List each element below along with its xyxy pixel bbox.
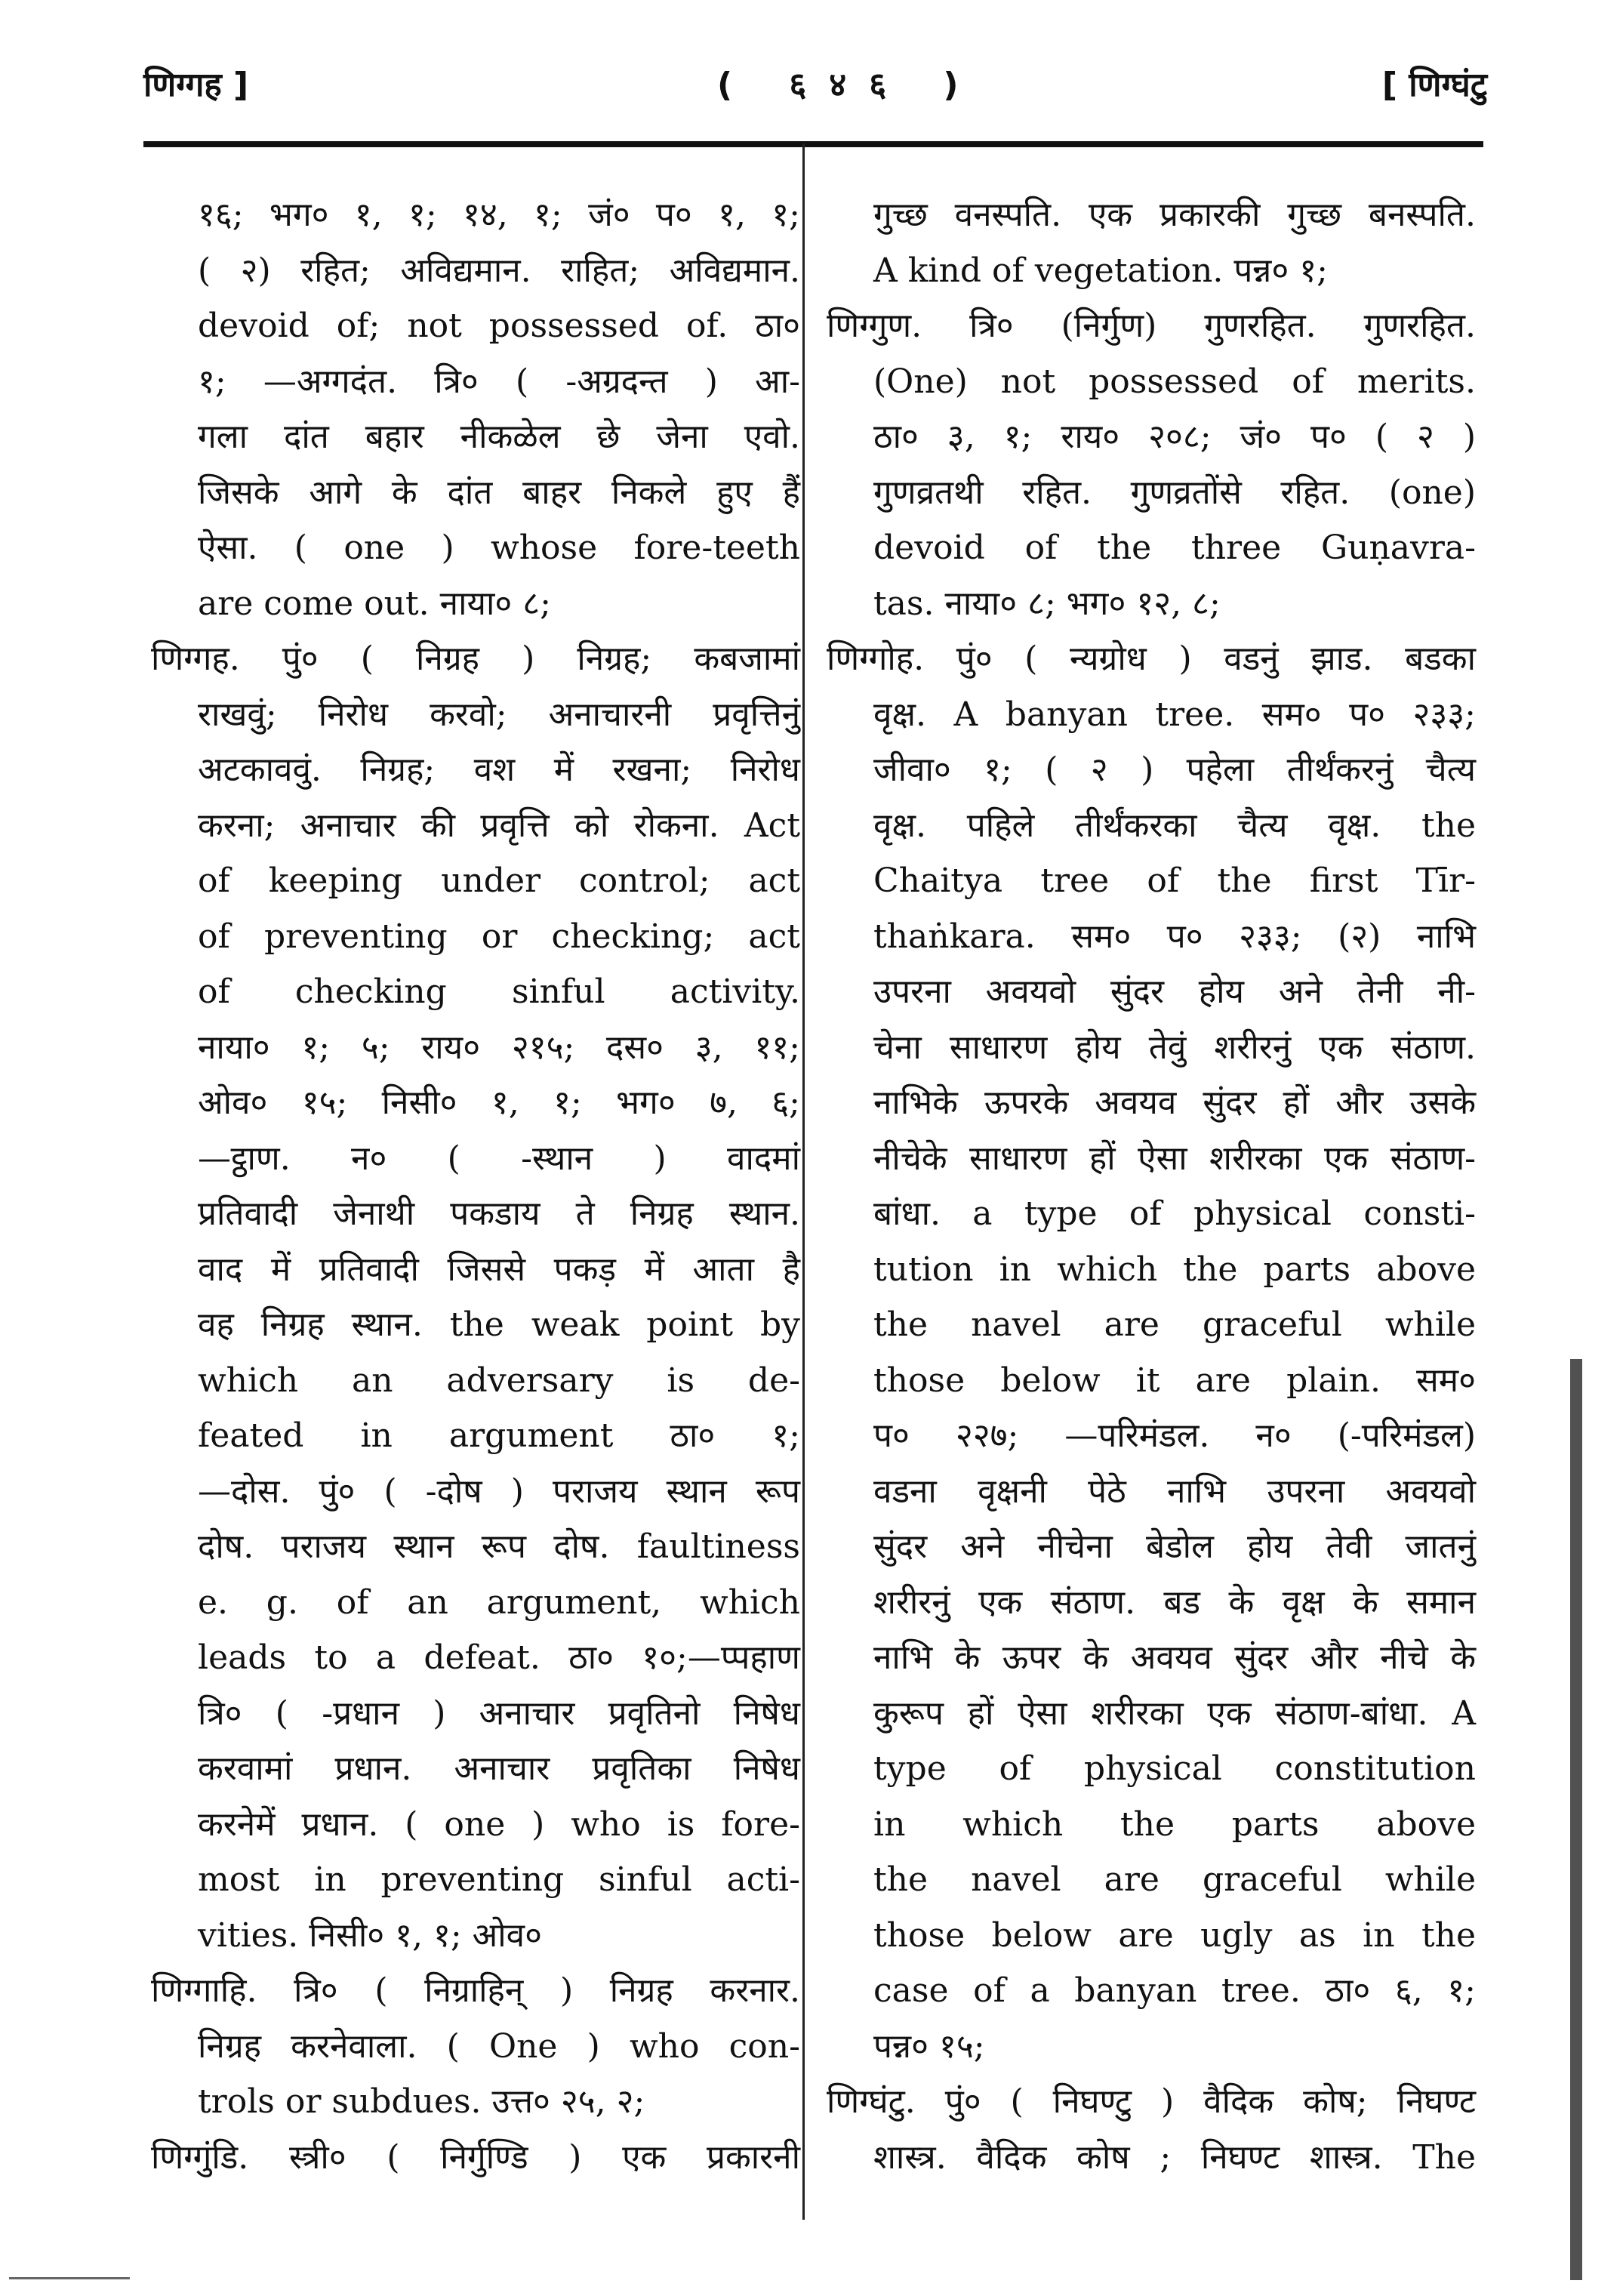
text-line: thaṅkara. सम० प० २३३; (२) नाभि bbox=[827, 909, 1476, 965]
text-line: are come out. नाया० ८; bbox=[151, 576, 800, 632]
text-line: e. g. of an argument, which bbox=[151, 1575, 800, 1631]
text-line: बांधा. a type of physical consti- bbox=[827, 1186, 1476, 1242]
text-line: tas. नाया० ८; भग० १२, ८; bbox=[827, 576, 1476, 632]
text-line: सुंदर अने नीचेना बेडोल होय तेवी जातनुं bbox=[827, 1519, 1476, 1575]
entry-headword-line: णिग्गह. पुं० ( निग्रह ) निग्रह; कबजामां bbox=[151, 631, 800, 687]
header-rule bbox=[143, 141, 1483, 147]
text-line: अटकाववुं. निग्रह; वश में रखना; निरोध bbox=[151, 742, 800, 798]
left-guide-word: णिग्गह ] bbox=[143, 60, 248, 106]
text-line: —ट्ठाण. न० ( -स्थान ) वादमां bbox=[151, 1131, 800, 1187]
text-line: वृक्ष. A banyan tree. सम० प० २३३; bbox=[827, 687, 1476, 743]
text-line: नाभिके ऊपरके अवयव सुंदर हों और उसके bbox=[827, 1075, 1476, 1131]
text-line: प्रतिवादी जेनाथी पकडाय ते निग्रह स्थान. bbox=[151, 1186, 800, 1242]
entry-headword-line: णिग्घंटु. पुं० ( निघण्टु ) वैदिक कोष; नि… bbox=[827, 2074, 1476, 2130]
text-line: चेना साधारण होय तेवुं शरीरनुं एक संठाण. bbox=[827, 1020, 1476, 1076]
text-line: करना; अनाचार की प्रवृत्ति को रोकना. Act bbox=[151, 798, 800, 854]
scan-artifact-line bbox=[9, 2277, 130, 2279]
text-line: करनेमें प्रधान. ( one ) who is fore- bbox=[151, 1797, 800, 1853]
text-line: Chaitya tree of the first Tīr- bbox=[827, 853, 1476, 909]
text-line: A kind of vegetation. पन्न० १; bbox=[827, 243, 1476, 299]
text-line: which an adversary is de- bbox=[151, 1353, 800, 1409]
running-header: णिग्गह ] ( ६४६ ) [ णिग्घंटु bbox=[143, 53, 1502, 113]
entry-headword-line: णिग्गुण. त्रि० (निर्गुण) गुणरहित. गुणरहि… bbox=[827, 298, 1476, 354]
text-line: ठा० ३, १; राय० २०८; जं० प० ( २ ) bbox=[827, 409, 1476, 465]
entry-headword-line: णिग्गाहि. त्रि० ( निग्राहिन् ) निग्रह कर… bbox=[151, 1963, 800, 2019]
text-line: the navel are graceful while bbox=[827, 1852, 1476, 1908]
text-line: करवामां प्रधान. अनाचार प्रवृतिका निषेध bbox=[151, 1741, 800, 1797]
text-line: type of physical constitution bbox=[827, 1741, 1476, 1797]
text-line: नीचेके साधारण हों ऐसा शरीरका एक संठाण- bbox=[827, 1131, 1476, 1187]
page-number: ( ६४६ ) bbox=[717, 60, 981, 106]
text-line: १६; भग० १, १; १४, १; जं० प० १, १; bbox=[151, 187, 800, 243]
text-line: उपरना अवयवो सुंदर होय अने तेनी नी- bbox=[827, 964, 1476, 1020]
entry-headword-line: णिग्गुंडि. स्त्री० ( निर्गुण्डि ) एक प्र… bbox=[151, 2130, 800, 2186]
text-line: १; —अग्गदंत. त्रि० ( -अग्रदन्त ) आ- bbox=[151, 354, 800, 410]
text-line: tution in which the parts above bbox=[827, 1242, 1476, 1298]
text-line: case of a banyan tree. ठा० ६, १; bbox=[827, 1963, 1476, 2019]
text-line: of keeping under control; act bbox=[151, 853, 800, 909]
text-line: शरीरनुं एक संठाण. बड के वृक्ष के समान bbox=[827, 1575, 1476, 1631]
text-line: of checking sinful activity. bbox=[151, 964, 800, 1020]
text-line: जिसके आगे के दांत बाहर निकले हुए हैं bbox=[151, 465, 800, 521]
text-line: —दोस. पुं० ( -दोष ) पराजय स्थान रूप bbox=[151, 1464, 800, 1520]
text-line: प० २२७; —परिमंडल. न० (-परिमंडल) bbox=[827, 1408, 1476, 1464]
text-line: निग्रह करनेवाला. ( One ) who con- bbox=[151, 2019, 800, 2075]
text-line: वडना वृक्षनी पेठे नाभि उपरना अवयवो bbox=[827, 1464, 1476, 1520]
text-line: in which the parts above bbox=[827, 1797, 1476, 1853]
text-line: राखवुं; निरोध करवो; अनाचारनी प्रवृत्तिनु… bbox=[151, 687, 800, 743]
right-guide-word: [ णिग्घंटु bbox=[1382, 60, 1487, 106]
text-line: trols or subdues. उत्त० २५, २; bbox=[151, 2074, 800, 2130]
entry-headword-line: णिग्गोह. पुं० ( न्यग्रोध ) वडनुं झाड. बड… bbox=[827, 631, 1476, 687]
text-line: the navel are graceful while bbox=[827, 1297, 1476, 1353]
text-line: जीवा० १; ( २ ) पहेला तीर्थंकरनुं चैत्य bbox=[827, 742, 1476, 798]
text-line: वृक्ष. पहिले तीर्थंकरका चैत्य वृक्ष. the bbox=[827, 798, 1476, 854]
page-edge-shadow bbox=[1570, 1359, 1582, 2280]
text-line: devoid of the three Guṇavra- bbox=[827, 520, 1476, 576]
text-line: devoid of; not possessed of. ठा० bbox=[151, 298, 800, 354]
text-line: ( २) रहित; अविद्यमान. राहित; अविद्यमान. bbox=[151, 243, 800, 299]
column-divider bbox=[802, 143, 805, 2220]
text-line: most in preventing sinful acti- bbox=[151, 1852, 800, 1908]
text-line: ओव० १५; निसी० १, १; भग० ७, ६; bbox=[151, 1075, 800, 1131]
text-line: गला दांत बहार नीकळेल छे जेना एवो. bbox=[151, 409, 800, 465]
text-line: पन्न० १५; bbox=[827, 2019, 1476, 2075]
text-line: feated in argument ठा० १; bbox=[151, 1408, 800, 1464]
text-line: of preventing or checking; act bbox=[151, 909, 800, 965]
text-line: (One) not possessed of merits. bbox=[827, 354, 1476, 410]
text-line: वह निग्रह स्थान. the weak point by bbox=[151, 1297, 800, 1353]
text-line: गुणव्रतथी रहित. गुणव्रतोंसे रहित. (one) bbox=[827, 465, 1476, 521]
text-line: त्रि० ( -प्रधान ) अनाचार प्रवृतिनो निषेध bbox=[151, 1686, 800, 1742]
text-line: वाद में प्रतिवादी जिससे पकड़ में आता है bbox=[151, 1242, 800, 1298]
text-line: those below it are plain. सम० bbox=[827, 1353, 1476, 1409]
text-line: नाया० १; ५; राय० २१५; दस० ३, ११; bbox=[151, 1020, 800, 1076]
left-column: १६; भग० १, १; १४, १; जं० प० १, १; ( २) र… bbox=[151, 187, 800, 2185]
text-line: those below are ugly as in the bbox=[827, 1908, 1476, 1964]
text-line: शास्त्र. वैदिक कोष ; निघण्ट शास्त्र. The bbox=[827, 2130, 1476, 2186]
text-line: कुरूप हों ऐसा शरीरका एक संठाण-बांधा. A bbox=[827, 1686, 1476, 1742]
text-line: गुच्छ वनस्पति. एक प्रकारकी गुच्छ बनस्पति… bbox=[827, 187, 1476, 243]
text-line: ऐसा. ( one ) whose fore-teeth bbox=[151, 520, 800, 576]
text-line: नाभि के ऊपर के अवयव सुंदर और नीचे के bbox=[827, 1630, 1476, 1686]
right-column: गुच्छ वनस्पति. एक प्रकारकी गुच्छ बनस्पति… bbox=[827, 187, 1476, 2185]
text-line: leads to a defeat. ठा० १०;—प्पहाण bbox=[151, 1630, 800, 1686]
text-line: दोष. पराजय स्थान रूप दोष. faultiness bbox=[151, 1519, 800, 1575]
text-line: vities. निसी० १, १; ओव० bbox=[151, 1908, 800, 1964]
